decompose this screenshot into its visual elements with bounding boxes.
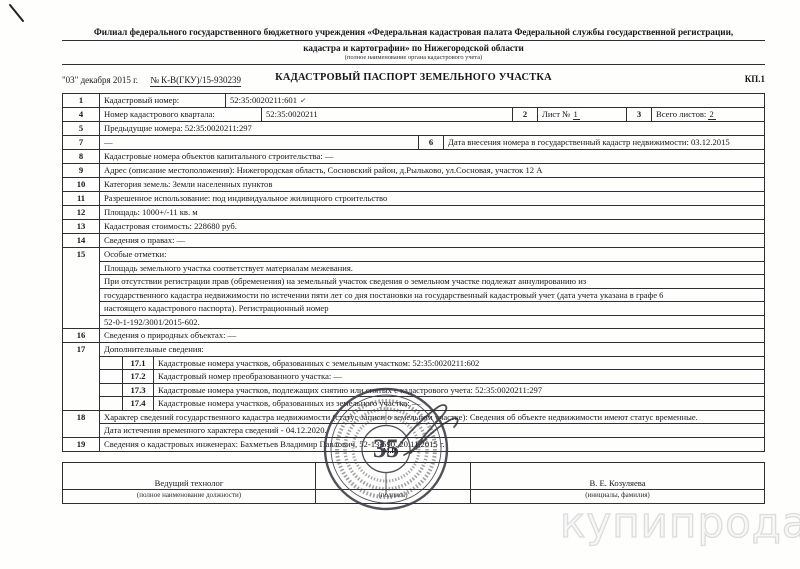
issuing-org-caption: (полное наименование органа кадастрового… [62, 54, 765, 65]
row-number-3: 3 [627, 108, 652, 121]
address: Адрес (описание местоположения): Нижегор… [100, 164, 764, 177]
quarter-number-value: 52:35:0020211 [262, 108, 513, 121]
previous-numbers: Предыдущие номера: 52:35:0020211:297 [100, 122, 764, 135]
table-row-9: 9 Адрес (описание местоположения): Нижег… [63, 164, 764, 178]
row-number: 5 [63, 122, 100, 135]
official-name: В. Е. Козуляева [471, 463, 764, 490]
row-number: 16 [63, 329, 100, 342]
total-sheets-cell: Всего листов: 2 [652, 108, 764, 121]
row-number: 15 [63, 248, 100, 328]
subrow-number: 17.3 [122, 384, 154, 397]
cadastral-passport-scan: Филиал федерального государственного бюд… [0, 0, 800, 569]
subrow-number: 17.1 [122, 357, 154, 370]
special-marks-line: государственного кадастра недвижимости п… [100, 289, 764, 303]
table-row-13: 13 Кадастровая стоимость: 228680 руб. [63, 220, 764, 234]
position-column: Ведущий технолог (полное наименование до… [63, 463, 316, 503]
special-marks-line: Площадь земельного участка соответствует… [100, 262, 764, 276]
natural-objects-info: Сведения о природных объектах: — [100, 329, 764, 342]
row-number: 17 [63, 343, 100, 410]
table-row-15: 15 Особые отметки: Площадь земельного уч… [63, 248, 764, 329]
row7-dash: — [100, 136, 419, 149]
subrow-number: 17.2 [122, 370, 154, 383]
name-column: В. Е. Козуляева (инициалы, фамилия) [471, 463, 764, 503]
row-number: 7 [63, 136, 100, 149]
row-number: 1 [63, 94, 100, 107]
area: Площадь: 1000+/-11 кв. м [100, 206, 764, 219]
transformed-parcel-number: Кадастровый номер преобразованного участ… [154, 370, 764, 383]
row-number: 4 [63, 108, 100, 121]
cadastral-value: Кадастровая стоимость: 228680 руб. [100, 220, 764, 233]
title-line: "03" декабря 2015 г. № К-В(ГКУ)/15-93023… [62, 72, 765, 89]
table-row-12: 12 Площадь: 1000+/-11 кв. м [63, 206, 764, 220]
pen-mark [5, 2, 31, 26]
table-row-11: 11 Разрешенное использование: под индиви… [63, 192, 764, 206]
rights-info: Сведения о правах: — [100, 234, 764, 247]
special-marks: Особые отметки: Площадь земельного участ… [100, 248, 764, 328]
registry-entry-date: Дата внесения номера в государственный к… [444, 136, 764, 149]
table-row-10: 10 Категория земель: Земли населенных пу… [63, 178, 764, 192]
row-number: 9 [63, 164, 100, 177]
row-number-2: 2 [513, 108, 538, 121]
signature-scrawl [398, 405, 458, 455]
table-row-14: 14 Сведения о правах: — [63, 234, 764, 248]
cadastral-number-value: 52:35:0020211:601✓ [226, 94, 764, 107]
sheet-number: 1 [573, 109, 580, 120]
row-number: 14 [63, 234, 100, 247]
subrow-number: 17.4 [122, 397, 154, 410]
capital-objects-numbers: Кадастровые номера объектов капитального… [100, 150, 764, 163]
table-row-17-2: 17.2 Кадастровый номер преобразованного … [100, 370, 764, 384]
round-seal: 35 [320, 385, 472, 517]
row-number: 13 [63, 220, 100, 233]
land-category: Категория земель: Земли населенных пункт… [100, 178, 764, 191]
formed-with-parcel: Кадастровые номера участков, образованны… [154, 357, 764, 370]
table-row-16: 16 Сведения о природных объектах: — [63, 329, 764, 343]
cadastral-number-label: Кадастровый номер: [100, 94, 226, 107]
row-number: 12 [63, 206, 100, 219]
form-code: КП.1 [745, 74, 765, 84]
row-number: 8 [63, 150, 100, 163]
special-marks-line: 52-0-1-192/3001/2015-602. [100, 316, 764, 329]
row-number: 18 [63, 411, 100, 437]
special-marks-line: настоящего кадастрового паспорта). Регис… [100, 302, 764, 316]
table-row-17-1: 17.1 Кадастровые номера участков, образо… [100, 357, 764, 371]
table-row-1: 1 Кадастровый номер: 52:35:0020211:601✓ [63, 94, 764, 108]
special-marks-line: При отсутствии регистрации прав (обремен… [100, 275, 764, 289]
handwritten-tick: ✓ [299, 95, 307, 107]
quarter-number-label: Номер кадастрового квартала: [100, 108, 262, 121]
table-row-7: 7 — 6 Дата внесения номера в государстве… [63, 136, 764, 150]
row-number: 19 [63, 438, 100, 451]
position-caption: (полное наименование должности) [63, 490, 315, 503]
special-marks-line: Особые отметки: [100, 248, 764, 262]
form-title: КАДАСТРОВЫЙ ПАСПОРТ ЗЕМЕЛЬНОГО УЧАСТКА [62, 72, 765, 83]
table-row-5: 5 Предыдущие номера: 52:35:0020211:297 [63, 122, 764, 136]
issuing-org-line1: Филиал федерального государственного бюд… [62, 27, 765, 41]
seal-number: 35 [373, 434, 399, 463]
additional-info-header: Дополнительные сведения: [100, 343, 764, 357]
watermark: купипродай [560, 498, 800, 547]
table-row-4: 4 Номер кадастрового квартала: 52:35:002… [63, 108, 764, 122]
row-number: 10 [63, 178, 100, 191]
row-number-6: 6 [419, 136, 444, 149]
table-row-8: 8 Кадастровые номера объектов капитально… [63, 150, 764, 164]
total-sheets-number: 2 [708, 109, 715, 120]
official-position: Ведущий технолог [63, 463, 315, 490]
permitted-use: Разрешенное использование: под индивидуа… [100, 192, 764, 205]
issuing-org-line2: кадастра и картографии» по Нижегородской… [62, 43, 765, 54]
row-number: 11 [63, 192, 100, 205]
sheet-cell: Лист № 1 [538, 108, 627, 121]
